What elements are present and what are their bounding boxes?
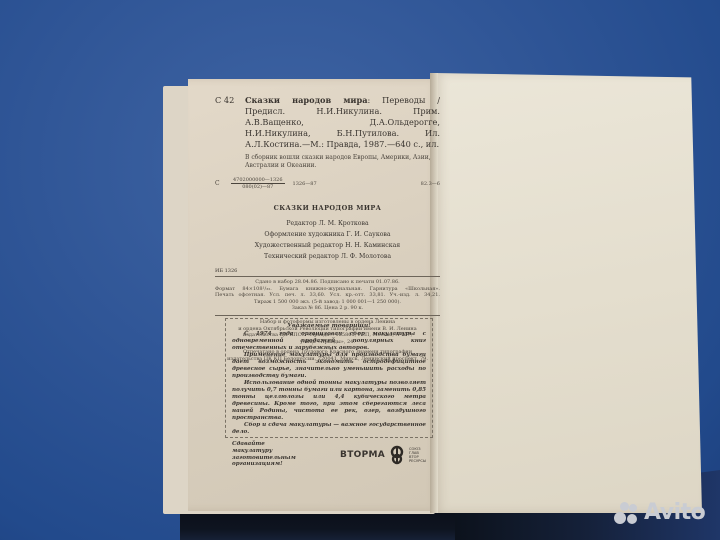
imprint-details: Сдано в набор 28.04.86. Подписано к печа…: [215, 279, 440, 312]
avito-logo-icon: [614, 502, 640, 524]
notice-slogan: Сдавайте макулатуру заготовительным орга…: [232, 441, 302, 468]
isbn-middle: 1326—87: [293, 181, 317, 187]
vtorma-emblem-icon: [387, 445, 407, 465]
annotation: В сборник вошли сказки народов Европы, А…: [245, 154, 440, 170]
avito-watermark: Avito: [614, 500, 705, 525]
notice-paragraph: Сбор и сдача макулатуры — важное государ…: [232, 422, 426, 436]
credit-line: Технический редактор Л. Ф. Молотова: [215, 251, 440, 262]
credit-line: Редактор Л. М. Кроткова: [215, 218, 440, 229]
book-title: СКАЗКИ НАРОДОВ МИРА: [215, 204, 440, 212]
notice-paragraph: Применение макулатуры для производства б…: [232, 352, 426, 380]
catalog-code: С 42: [215, 95, 245, 150]
notice-paragraph: Использование одной тонны макулатуры поз…: [232, 380, 426, 422]
recycling-notice: Уважаемые товарищи! С 1974 года организо…: [225, 318, 433, 438]
credit-line: Художественный редактор Н. Н. Каминская: [215, 240, 440, 251]
notice-paragraph: С 1974 года организован сбор макулатуры …: [232, 331, 426, 352]
right-page: [434, 73, 702, 513]
logo-subtitle: СОЮЗ ГЛАВ ВТОР РЕСУРСЫ: [409, 447, 426, 463]
catalog-title: Сказки народов мира: [245, 95, 368, 105]
credits: Редактор Л. М. Кроткова Оформление худож…: [215, 218, 440, 262]
catalog-entry: С 42 Сказки народов мира: Переводы / Пре…: [215, 95, 440, 150]
isbn-row: С 4702000000—1326 080(02)—87 1326—87 82.…: [215, 177, 440, 190]
watermark-text: Avito: [644, 500, 705, 525]
isbn-fraction: 4702000000—1326 080(02)—87: [231, 177, 285, 190]
credit-line: Оформление художника Г. И. Саукова: [215, 229, 440, 240]
isbn-prefix: С: [215, 180, 231, 187]
logo-word: ВТОРМА: [340, 450, 385, 460]
divider: [215, 315, 440, 316]
notice-heading: Уважаемые товарищи!: [232, 323, 426, 329]
vtorma-logo: ВТОРМА СОЮЗ ГЛАВ ВТОР РЕСУРСЫ: [340, 445, 426, 465]
bbk-code: 82.3—6: [421, 181, 440, 187]
ib-number: ИБ 1326: [215, 268, 440, 277]
